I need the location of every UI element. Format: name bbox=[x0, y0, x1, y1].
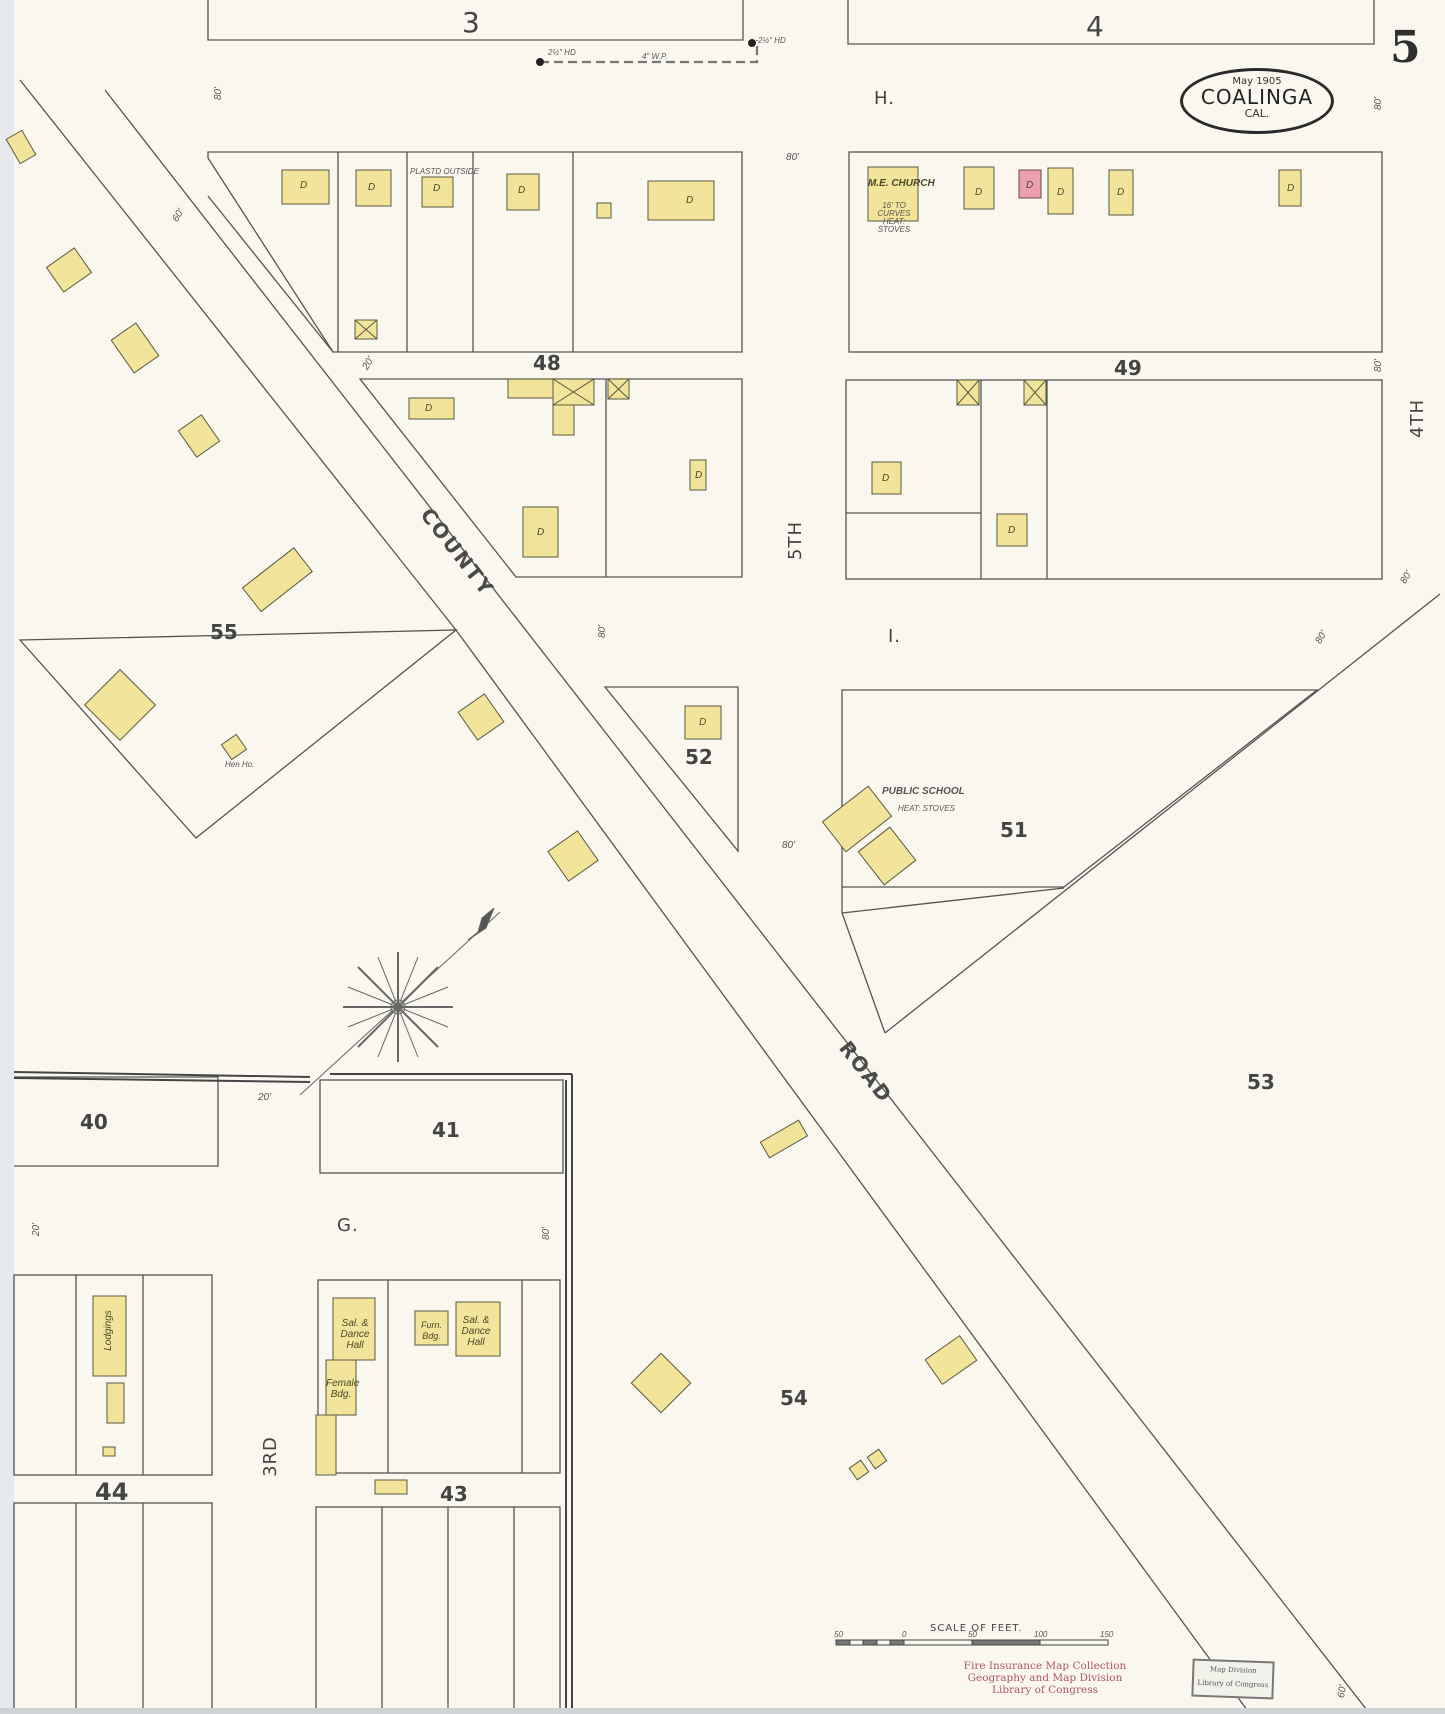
adjoining-sheet-3[interactable]: 3 bbox=[462, 6, 480, 39]
hydrant-icon bbox=[536, 58, 544, 66]
block-40: 40 bbox=[80, 1110, 108, 1134]
block-44: 44 bbox=[95, 1478, 128, 1506]
dwelling-marker: D bbox=[1008, 525, 1015, 536]
dwelling-marker: D bbox=[699, 717, 706, 728]
compass-rose bbox=[300, 908, 500, 1095]
north-arrow-icon bbox=[468, 908, 494, 940]
street-3rd: 3RD bbox=[260, 1436, 281, 1477]
dwelling-marker: D bbox=[1287, 183, 1294, 194]
dwelling-marker: D bbox=[425, 403, 432, 414]
stamp-line: Library of Congress bbox=[1194, 1679, 1272, 1690]
dimension-label: 60' bbox=[1336, 1684, 1349, 1699]
map-sheet: 3 4 2½" HD 2½" HD 4" W.P. May 1905 COALI… bbox=[0, 0, 1445, 1714]
dwelling-marker: D bbox=[1057, 187, 1064, 198]
street-g: G. bbox=[337, 1215, 359, 1236]
hydrant-label: 2½" HD bbox=[758, 36, 786, 45]
scale-tick: 100 bbox=[1034, 1630, 1047, 1639]
street-i: I. bbox=[888, 626, 901, 647]
dwelling-marker: D bbox=[537, 527, 544, 538]
county-road-east-edge bbox=[105, 90, 1370, 1714]
dimension-label: 80' bbox=[541, 1227, 552, 1240]
dwelling-marker: D bbox=[1026, 180, 1033, 191]
block-55-outline bbox=[20, 630, 456, 838]
stamp-line: Geography and Map Division bbox=[960, 1672, 1130, 1684]
city-name: COALINGA bbox=[1183, 87, 1331, 107]
female-bdg-label: Female Bdg. bbox=[326, 1378, 356, 1400]
sheet-number: 5 bbox=[1390, 22, 1421, 73]
dwelling-marker: D bbox=[433, 183, 440, 194]
stamp-line: Library of Congress bbox=[960, 1684, 1130, 1696]
block-41: 41 bbox=[432, 1118, 460, 1142]
stamp-line: Fire Insurance Map Collection bbox=[960, 1660, 1130, 1672]
dimension-label: 80' bbox=[597, 625, 608, 638]
me-church-note: 16' TO CURVES HEAT: STOVES bbox=[866, 202, 922, 234]
scale-tick: 150 bbox=[1100, 1630, 1113, 1639]
dimension-label: 20' bbox=[31, 1223, 42, 1236]
street-5th: 5TH bbox=[785, 521, 806, 560]
title-cartouche: May 1905 COALINGA CAL. bbox=[1180, 68, 1334, 134]
sal-dance-hall-label: Sal. & Dance Hall bbox=[456, 1315, 496, 1348]
public-school-note: HEAT: STOVES bbox=[898, 804, 955, 813]
furn-bdg-label: Furn. Bdg. bbox=[415, 1320, 448, 1342]
dimension-label: 80' bbox=[786, 152, 799, 163]
block-43: 43 bbox=[440, 1482, 468, 1506]
block-55: 55 bbox=[210, 620, 238, 644]
dwelling-marker: D bbox=[368, 182, 375, 193]
plastered-outside-label: PLASTD OUTSIDE bbox=[410, 167, 479, 176]
dwelling-marker: D bbox=[975, 187, 982, 198]
block-52: 52 bbox=[685, 745, 713, 769]
hen-house-label: Hen Ho. bbox=[225, 760, 254, 769]
stamp-line: Map Division bbox=[1194, 1665, 1272, 1676]
hydrant-label: 2½" HD bbox=[548, 48, 576, 57]
block-53: 53 bbox=[1247, 1070, 1275, 1094]
water-pipe-label: 4" W.P. bbox=[642, 52, 668, 61]
block-40-outline bbox=[14, 1077, 218, 1166]
street-h: H. bbox=[874, 88, 895, 109]
me-church-label: M.E. CHURCH bbox=[868, 178, 918, 189]
sal-dance-hall-label: Sal. & Dance Hall bbox=[335, 1318, 375, 1351]
map-drawing bbox=[0, 0, 1445, 1714]
map-division-stamp: Map Division Library of Congress bbox=[1191, 1659, 1274, 1700]
adjoining-sheet-4-frame bbox=[848, 0, 1374, 44]
sheet-edge bbox=[0, 1708, 1445, 1714]
county-road-west-edge bbox=[20, 80, 456, 630]
dimension-label: 80' bbox=[213, 87, 224, 100]
scale-tick: 50 bbox=[968, 1630, 977, 1639]
dwelling-marker: D bbox=[300, 180, 307, 191]
scale-tick: 0 bbox=[902, 1630, 906, 1639]
dimension-label: 80' bbox=[782, 840, 795, 851]
dwelling-marker: D bbox=[686, 195, 693, 206]
collection-stamp: Fire Insurance Map Collection Geography … bbox=[960, 1660, 1130, 1696]
street-4th: 4TH bbox=[1407, 399, 1428, 438]
dimension-label: 80' bbox=[1373, 97, 1384, 110]
dwelling-marker: D bbox=[695, 470, 702, 481]
lodgings-label: Lodgings bbox=[103, 1310, 114, 1351]
block-49-outline bbox=[846, 380, 1382, 579]
dwelling-marker: D bbox=[1117, 187, 1124, 198]
dimension-label: 80' bbox=[1373, 359, 1384, 372]
adjoining-sheet-4[interactable]: 4 bbox=[1086, 10, 1104, 43]
dwelling-marker: D bbox=[882, 473, 889, 484]
block-51: 51 bbox=[1000, 818, 1028, 842]
block-49: 49 bbox=[1114, 356, 1142, 380]
block-48: 48 bbox=[533, 351, 561, 375]
scale-bar bbox=[836, 1640, 1108, 1645]
public-school-label: PUBLIC SCHOOL bbox=[882, 786, 965, 797]
block-54: 54 bbox=[780, 1386, 808, 1410]
hydrant-icon bbox=[748, 39, 756, 47]
dimension-label: 20' bbox=[258, 1092, 271, 1103]
dwelling-marker: D bbox=[518, 185, 525, 196]
scale-tick: 50 bbox=[834, 1630, 843, 1639]
